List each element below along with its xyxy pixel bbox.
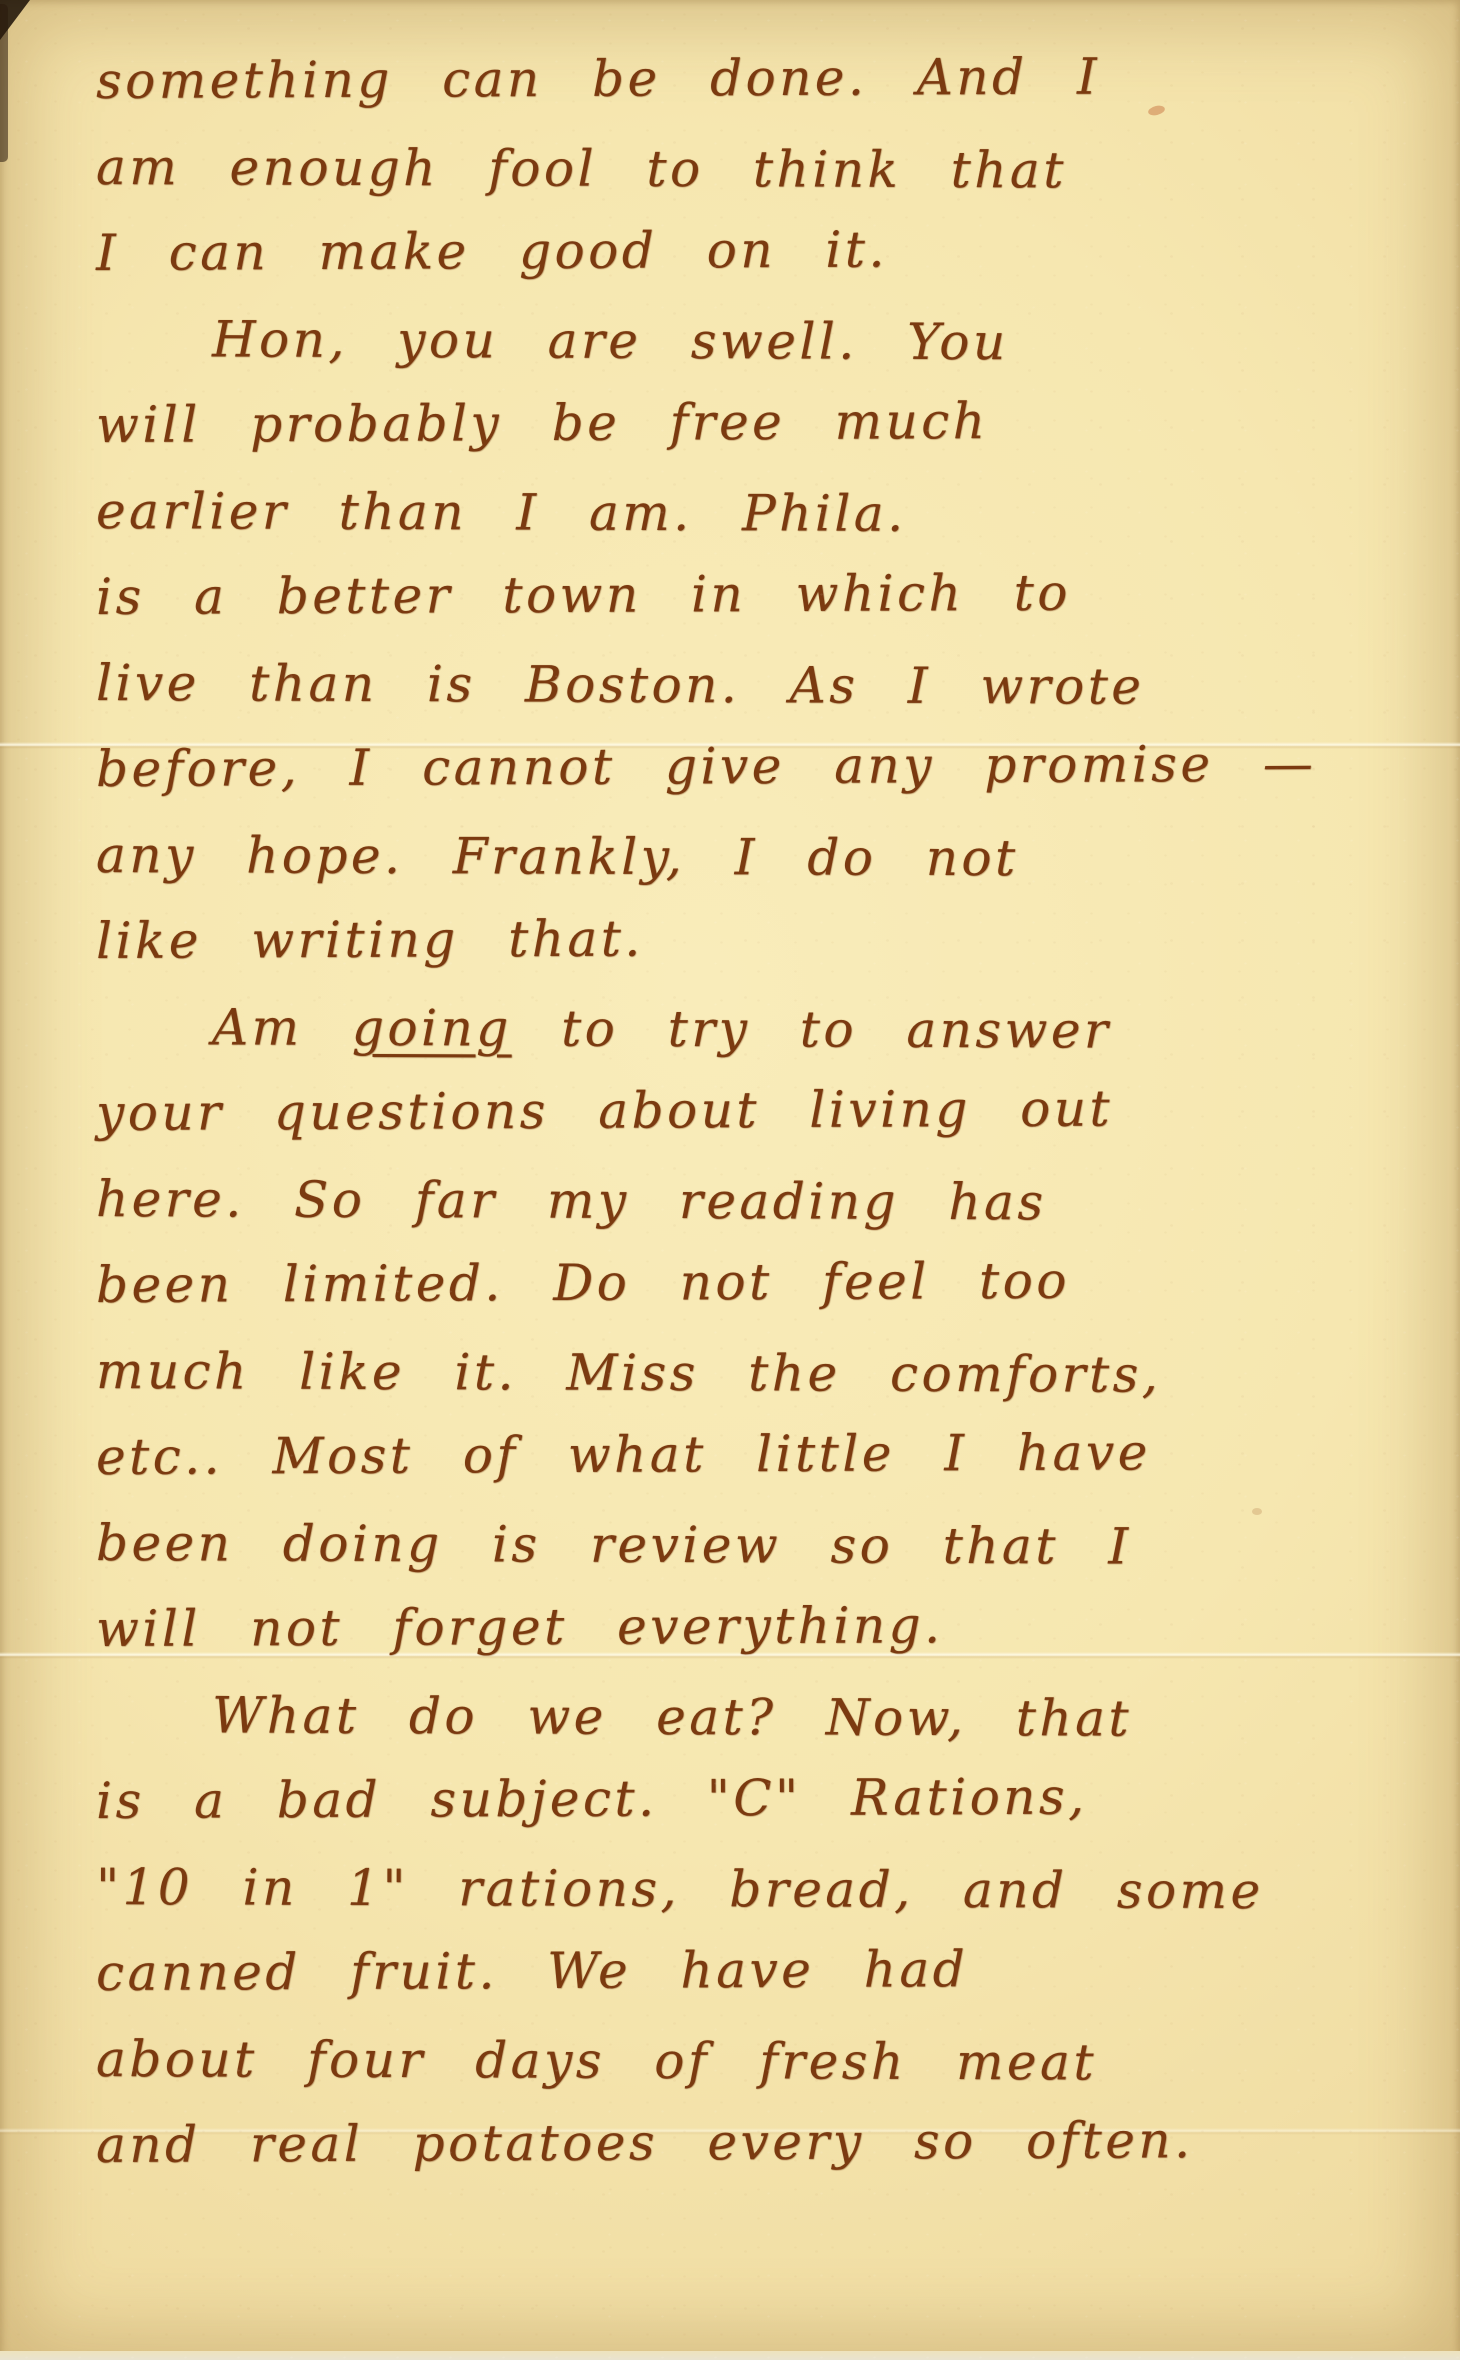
letter-line: will not forget everything. bbox=[96, 1580, 1430, 1672]
letter-lines: something can be done. And Iam enough fo… bbox=[96, 38, 1430, 2188]
letter-line: Hon, you are swell. You bbox=[96, 296, 1430, 387]
letter-line: is a bad subject. "C" Rations, bbox=[96, 1752, 1430, 1844]
letter-line: I can make good on it. bbox=[96, 204, 1430, 296]
letter-line: will probably be free much bbox=[96, 376, 1430, 468]
letter-line: earlier than I am. Phila. bbox=[96, 468, 1430, 559]
letter-line: What do we eat? Now, that bbox=[96, 1672, 1430, 1763]
paper-speck bbox=[0, 4, 8, 162]
letter-line: canned fruit. We have had bbox=[96, 1924, 1430, 2016]
letter-line: like writing that. bbox=[96, 892, 1430, 984]
letter-line: much like it. Miss the comforts, bbox=[96, 1328, 1430, 1419]
letter-page: something can be done. And Iam enough fo… bbox=[0, 0, 1460, 2360]
letter-line: been doing is review so that I bbox=[96, 1500, 1430, 1591]
letter-line: and real potatoes every so often. bbox=[96, 2096, 1430, 2188]
letter-line: Am going to try to answer bbox=[96, 984, 1430, 1075]
underlined-word: going bbox=[352, 999, 512, 1058]
letter-line: before, I cannot give any promise — bbox=[96, 720, 1430, 812]
letter-line: live than is Boston. As I wrote bbox=[96, 640, 1430, 731]
letter-line: about four days of fresh meat bbox=[96, 2016, 1430, 2107]
letter-line: been limited. Do not feel too bbox=[96, 1236, 1430, 1328]
scan-edge bbox=[0, 2351, 1460, 2360]
letter-line: something can be done. And I bbox=[96, 32, 1430, 124]
letter-line: any hope. Frankly, I do not bbox=[96, 812, 1430, 903]
letter-line: "10 in 1" rations, bread, and some bbox=[96, 1844, 1430, 1935]
letter-line: am enough fool to think that bbox=[96, 124, 1430, 215]
letter-line: is a better town in which to bbox=[96, 548, 1430, 640]
letter-line: etc.. Most of what little I have bbox=[96, 1408, 1430, 1500]
letter-line: your questions about living out bbox=[96, 1064, 1430, 1156]
letter-line: here. So far my reading has bbox=[96, 1156, 1430, 1247]
